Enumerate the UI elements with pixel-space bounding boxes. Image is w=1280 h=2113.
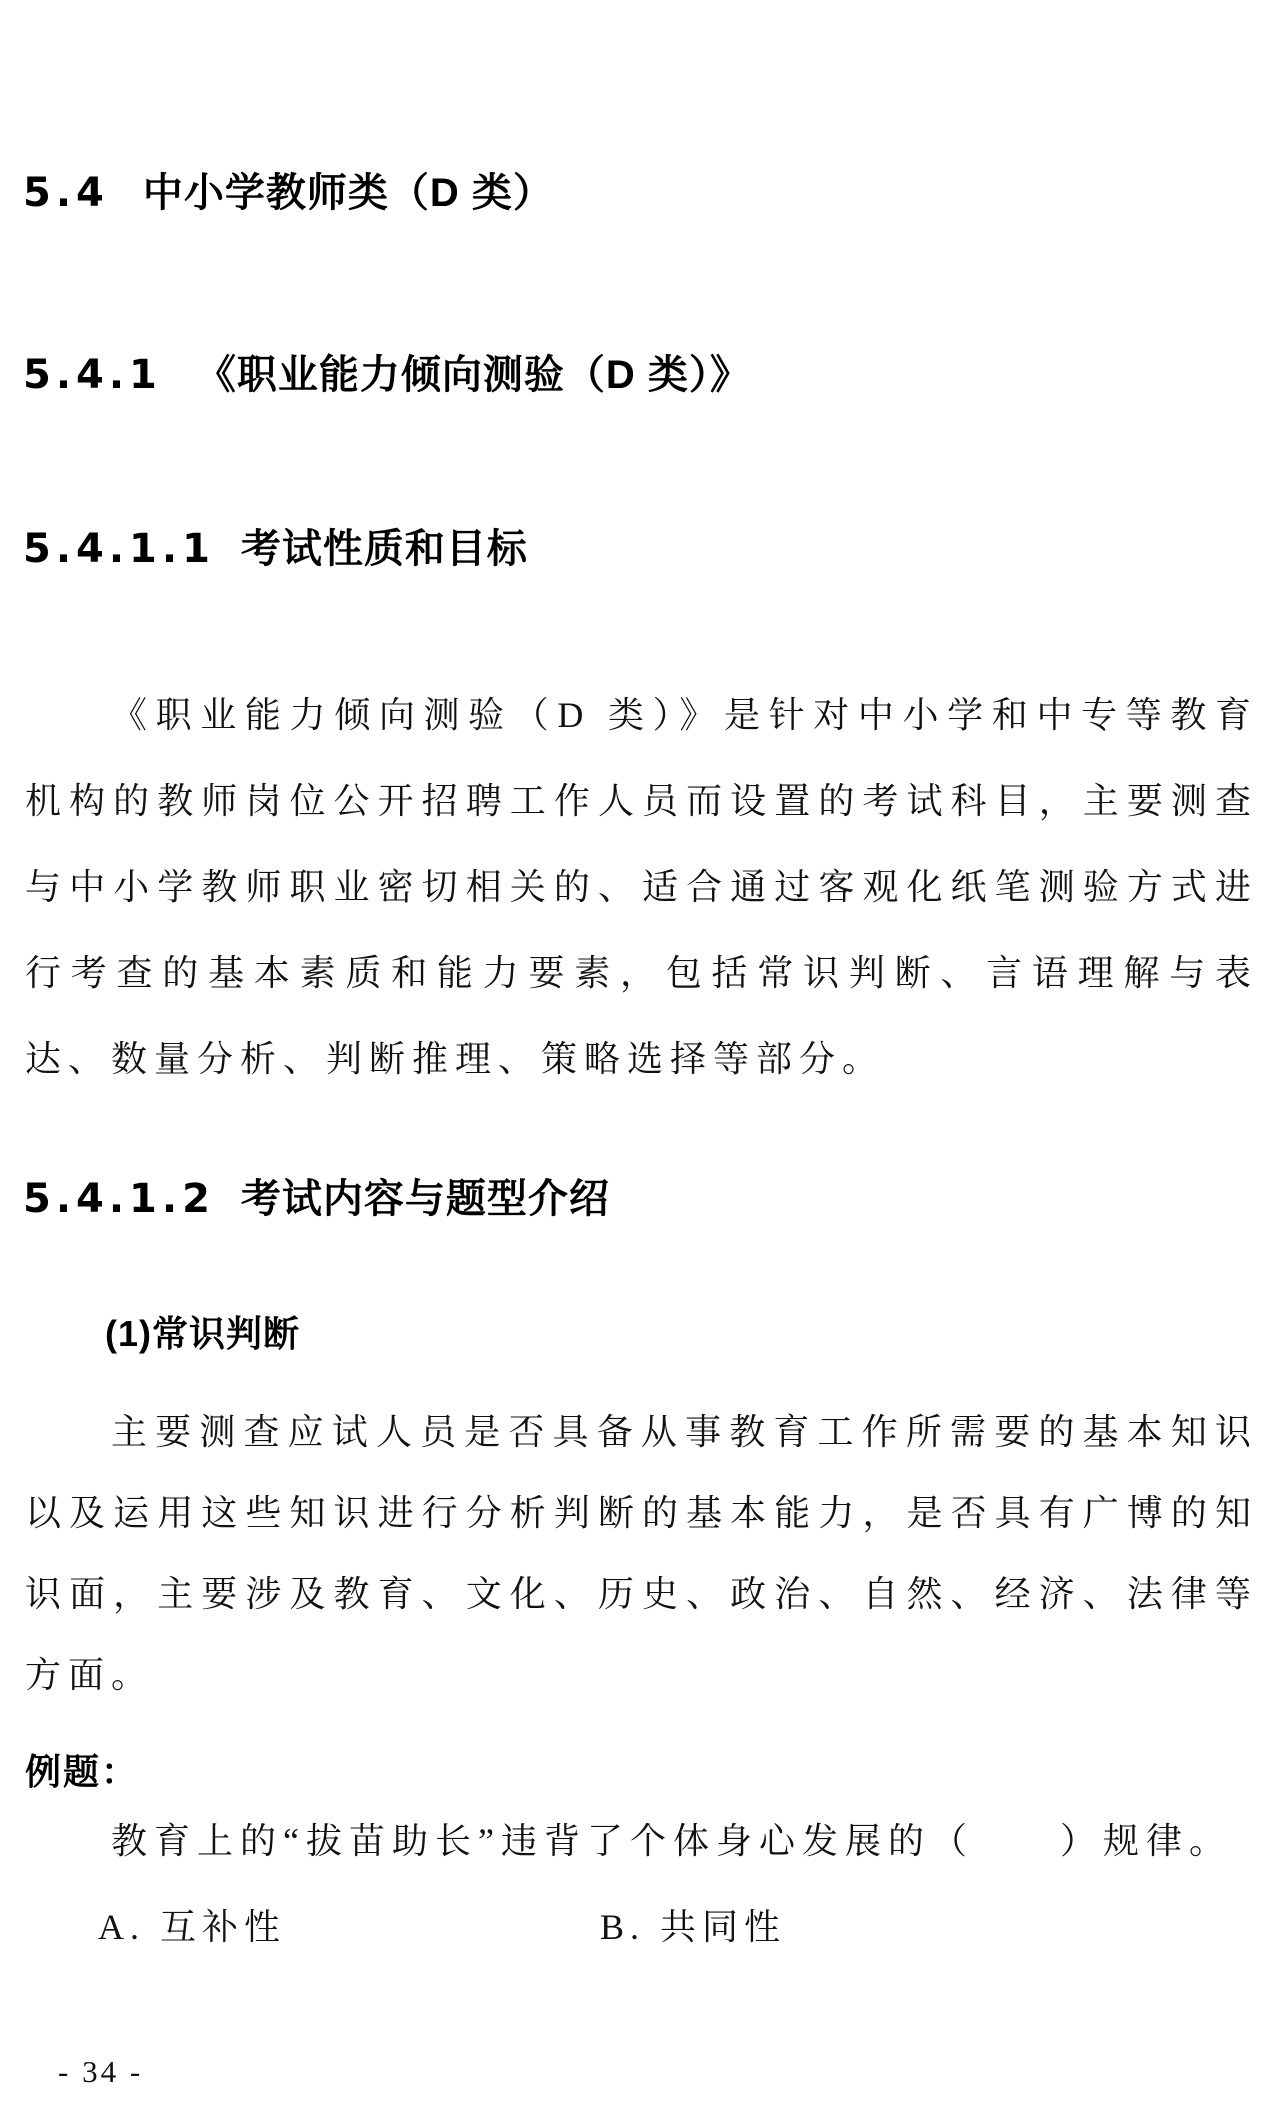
- example-question: 教育上的“拔苗助长”违背了个体身心发展的（ ）规律。: [25, 1818, 1258, 1864]
- section-title: 考试内容与题型介绍: [241, 1177, 610, 1221]
- document-page: 5.4中小学教师类（D 类） 5.4.1《职业能力倾向测验（D 类）》 5.4.…: [0, 0, 1280, 2113]
- section-heading-5-4: 5.4中小学教师类（D 类）: [23, 170, 554, 216]
- section-number: 5.4.1.1: [23, 526, 215, 572]
- section-title: 考试性质和目标: [241, 527, 528, 571]
- section-heading-5-4-1-1: 5.4.1.1考试性质和目标: [23, 526, 528, 572]
- section-title: 中小学教师类（D 类）: [143, 171, 554, 215]
- option-b: B. 共同性: [600, 1903, 786, 1951]
- paragraph-changshi-desc: 主要测查应试人员是否具备从事教育工作所需要的基本知识以及运用这些知识进行分析判断…: [25, 1392, 1258, 1716]
- example-label: 例题：: [25, 1748, 139, 1796]
- section-heading-5-4-1: 5.4.1《职业能力倾向测验（D 类）》: [23, 352, 751, 398]
- section-number: 5.4: [23, 170, 109, 216]
- subsection-heading-changshi: (1)常识判断: [105, 1312, 300, 1356]
- page-number: - 34 -: [58, 2052, 143, 2092]
- section-heading-5-4-1-2: 5.4.1.2考试内容与题型介绍: [23, 1176, 610, 1222]
- section-number: 5.4.1.2: [23, 1176, 215, 1222]
- paragraph-exam-nature: 《职业能力倾向测验（D 类）》是针对中小学和中专等教育机构的教师岗位公开招聘工作…: [25, 672, 1258, 1102]
- options-row: A. 互补性 B. 共同性: [25, 1903, 1258, 1953]
- section-title: 《职业能力倾向测验（D 类）》: [196, 353, 751, 397]
- option-a: A. 互补性: [98, 1903, 286, 1951]
- section-number: 5.4.1: [23, 352, 162, 398]
